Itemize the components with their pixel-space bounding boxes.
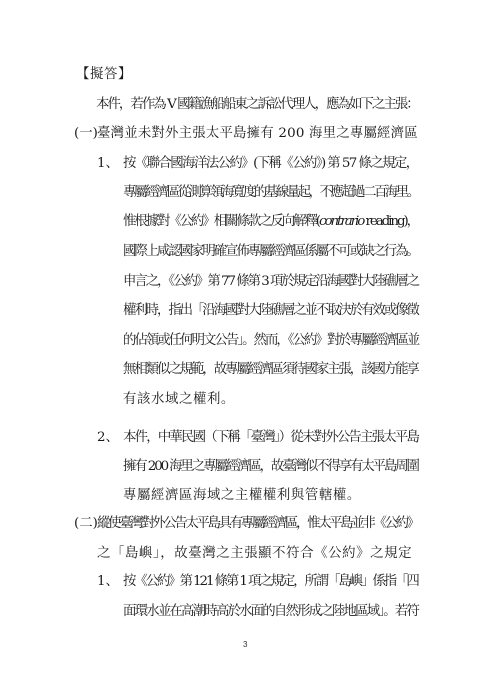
item-1-1-line: 國際上咸認國家明確宣佈專屬經濟區係屬不可或缺之行為。 bbox=[123, 244, 418, 260]
section-1-title: 臺灣並未對外主張太平島擁有 200 海里之專屬經濟區 bbox=[97, 126, 418, 142]
page-number: 3 bbox=[243, 640, 247, 649]
line-text: 惟根據對《公約》相關條款之反向解釋( bbox=[123, 214, 319, 229]
item-1-1-line: 有該水域之權利。 bbox=[123, 392, 235, 408]
item-1-1-line: 按《聯合國海洋法公約》(下稱《公約》) 第 57 條之規定， bbox=[123, 156, 418, 172]
item-1-2-line: 本件，中華民國（下稱「臺灣」）從未對外公告主張太平島 bbox=[123, 430, 418, 446]
item-1-2-line: 專屬經濟區海域之主權權利與管轄權。 bbox=[123, 488, 361, 504]
item-1-1-line: 無相類似之規範，故專屬經濟區須待國家主張，該國方能享 bbox=[123, 362, 418, 378]
item-1-1-line: 的佔領或任何明文公告」。然而，《公約》對於專屬經濟區並 bbox=[123, 333, 418, 349]
item-1-1-marker: 1、 bbox=[97, 156, 119, 172]
section-2-title: 縱使臺灣對外公告太平島具有專屬經濟區，惟太平島並非《公約》 bbox=[97, 516, 418, 532]
intro-paragraph: 本件，若作為 V 國籍漁船船東之訴訟代理人，應為如下之主張： bbox=[96, 97, 418, 113]
section-2-title: 之「島嶼」，故臺灣之主張顯不符合《公約》之規定 bbox=[97, 546, 412, 562]
item-2-1-line: 面環水並在高潮時高於水面的自然形成之陸地區域」。若符 bbox=[123, 604, 418, 620]
heading: 【擬答】 bbox=[76, 67, 132, 83]
item-1-2-marker: 2、 bbox=[97, 430, 119, 446]
item-1-1-line: 惟根據對《公約》相關條款之反向解釋(contrario reading)， bbox=[123, 214, 418, 230]
section-2-marker: (二) bbox=[74, 516, 98, 532]
item-1-2-line: 擁有 200 海里之專屬經濟區，故臺灣似不得享有太平島周圍 bbox=[123, 459, 418, 475]
item-2-1-line: 按《公約》第 121 條第 1 項之規定，所謂「島嶼」係指「四 bbox=[123, 574, 418, 590]
item-1-1-line: 權利時，指出「沿海國對大陸礁層之並不取決於有效或像徵 bbox=[123, 303, 418, 319]
italic-term: contrario bbox=[319, 214, 363, 229]
item-1-1-line: 專屬經濟區從測算領海寬度的基線量起，不應超過二百海里。 bbox=[123, 185, 418, 201]
item-2-1-marker: 1、 bbox=[97, 574, 119, 590]
line-text: reading)， bbox=[363, 214, 418, 229]
item-1-1-line: 申言之，《公約》第 77 條第 3 項於規定沿海國對大陸礁層之 bbox=[123, 274, 418, 290]
section-1-marker: (一) bbox=[74, 126, 98, 142]
